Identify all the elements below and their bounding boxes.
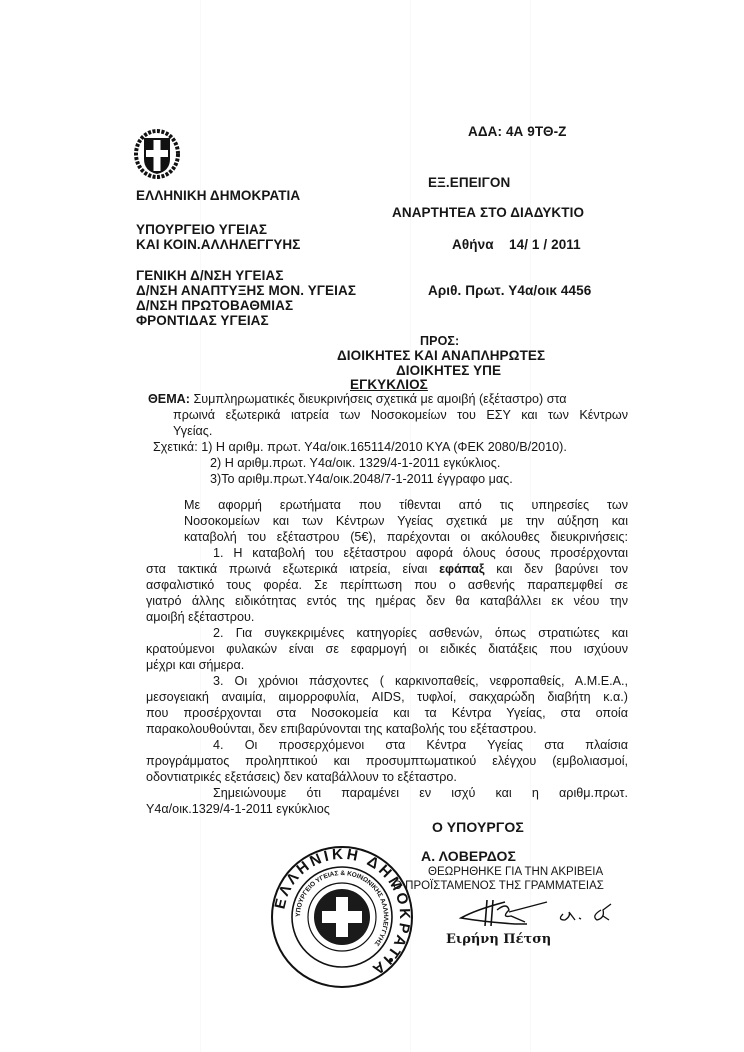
related-label: Σχετικά:: [153, 440, 198, 454]
place-date: Αθήνα 14/ 1 / 2011: [452, 237, 581, 252]
point3-line-1: 3. Οι χρόνιοι πάσχοντες ( καρκινοπαθείς,…: [213, 673, 628, 689]
recipients-line-1: ΔΙΟΙΚΗΤΕΣ ΚΑΙ ΑΝΑΠΛΗΡΩΤΕΣ: [337, 348, 545, 363]
department-line-4: ΦΡΟΝΤΙΔΑΣ ΥΓΕΙΑΣ: [136, 313, 269, 328]
point3-line-3: που προσέρχονται στα Νοσοκομεία και τα Κ…: [146, 705, 628, 721]
official-stamp-icon: ΕΛΛΗΝΙΚΗ ΔΗΜΟΚΡΑΤΙΑ ΥΠΟΥΡΓΕΙΟ ΥΓΕΙΑΣ & Κ…: [267, 842, 417, 992]
date: 14/ 1 / 2011: [509, 237, 581, 252]
point2-line-3: μέχρι και σήμερα.: [146, 657, 244, 673]
point1-line-3: ασφαλιστικό τους φορέα. Σε περίπτωση που…: [146, 577, 628, 593]
handwritten-signature-icon: [455, 898, 615, 934]
protocol-number: Αριθ. Πρωτ. Υ4α/οικ 4456: [428, 283, 591, 298]
point2-line-1: 2. Για συγκεκριμένες κατηγορίες ασθενών,…: [213, 625, 628, 641]
post-online-label: ΑΝΑΡΤΗΤΕΑ ΣΤΟ ΔΙΑΔΥΚΤΙΟ: [392, 205, 584, 220]
point3-line-2: μεσογειακή αναιμία, αιμορροφυλία, AIDS, …: [146, 689, 628, 705]
point1-line-5: αμοιβή εξέταστρου.: [146, 609, 254, 625]
subject-line-3: Υγείας.: [173, 423, 212, 439]
greek-coat-of-arms-icon: [134, 129, 180, 179]
department-line-2: Δ/ΝΣΗ ΑΝΑΠΤΥΞΗΣ ΜΟΝ. ΥΓΕΙΑΣ: [136, 283, 356, 298]
recipients-label: ΠΡΟΣ:: [420, 334, 459, 348]
head-of-secretariat-label: Ο ΠΡΟΪΣΤΑΜΕΝΟΣ ΤΗΣ ΓΡΑΜΜΑΤΕΙΑΣ: [393, 880, 604, 892]
point3-line-4: παρακολουθούνται, δεν επιβαρύνονται της …: [146, 721, 537, 737]
republic-label: ΕΛΛΗΝΙΚΗ ΔΗΜΟΚΡΑΤΙΑ: [136, 188, 300, 203]
point4-line-2: προγράμματος προληπτικού και προσυμπτωμα…: [146, 753, 628, 769]
department-line-3: Δ/ΝΣΗ ΠΡΩΤΟΒΑΘΜΙΑΣ: [136, 298, 293, 313]
ada-code: ΑΔΑ: 4Α 9ΤΘ-Ζ: [468, 124, 567, 139]
related-line-1: Σχετικά: 1) Η αριθμ. πρωτ. Υ4α/οικ.16511…: [153, 439, 567, 455]
intro-line-2: Νοσοκομείων και των Κέντρων Υγείας σχετι…: [184, 513, 628, 529]
recipients-line-2: ΔΙΟΙΚΗΤΕΣ ΥΠΕ: [396, 363, 501, 378]
certified-label: ΘΕΩΡΗΘΗΚΕ ΓΙΑ ΤΗΝ ΑΚΡΙΒΕΙΑ: [428, 866, 603, 878]
subject-label: ΘΕΜΑ:: [148, 392, 190, 406]
note-line-1: Σημειώνουμε ότι παραμένει εν ισχύ και η …: [213, 785, 628, 801]
subject-line-2: πρωινά εξωτερικά ιατρεία των Νοσοκομείων…: [173, 407, 628, 423]
point2-line-2: κρατούμενοι φυλακών είναι σε εφαρμογή οι…: [146, 641, 628, 657]
subject-line-1: ΘΕΜΑ: Συμπληρωματικές διευκρινήσεις σχετ…: [148, 391, 567, 407]
department-line-1: ΓΕΝΙΚΗ Δ/ΝΣΗ ΥΓΕΙΑΣ: [136, 268, 284, 283]
place: Αθήνα: [452, 237, 494, 252]
related-line-3: 3)Το αριθμ.πρωτ.Υ4α/οικ.2048/7-1-2011 έγ…: [210, 471, 513, 487]
ministry-line-2: ΚΑΙ ΚΟΙΝ.ΑΛΛΗΛΕΓΓΥΗΣ: [136, 237, 300, 252]
signatory-title: Ο ΥΠΟΥΡΓΟΣ: [432, 819, 524, 835]
clerk-name: Ειρήνη Πέτση: [446, 932, 551, 947]
point4-line-1: 4. Οι προσερχόμενοι στα Κέντρα Υγείας στ…: [213, 737, 628, 753]
urgency-label: ΕΞ.ΕΠΕΙΓΟΝ: [428, 175, 510, 190]
note-line-2: Υ4α/οικ.1329/4-1-2011 εγκύκλιος: [146, 801, 330, 817]
point1-line-4: γιατρό άλλης ειδικότητας εντός της ημέρα…: [146, 593, 628, 609]
emphasis-once: εφάπαξ: [439, 562, 484, 576]
point1-line-2: στα τακτικά πρωινά εξωτερικά ιατρεία, εί…: [146, 561, 628, 577]
point4-line-3: οδοντιατρικές εξετάσεις) δεν καταβάλλουν…: [146, 769, 457, 785]
signatory-name: Α. ΛΟΒΕΡΔΟΣ: [421, 848, 516, 864]
intro-line-1: Με αφορμή ερωτήματα που τίθενται από τις…: [184, 497, 628, 513]
point1-line-1: 1. Η καταβολή του εξέταστρου αφορά όλους…: [213, 545, 628, 561]
intro-line-3: καταβολή του εξέταστρου (5€), παρέχονται…: [184, 529, 628, 545]
related-line-2: 2) Η αριθμ.πρωτ. Υ4α/οικ. 1329/4-1-2011 …: [210, 455, 500, 471]
ministry-line-1: ΥΠΟΥΡΓΕΙΟ ΥΓΕΙΑΣ: [136, 222, 267, 237]
document-type-heading: ΕΓΚΥΚΛΙΟΣ: [350, 377, 428, 392]
